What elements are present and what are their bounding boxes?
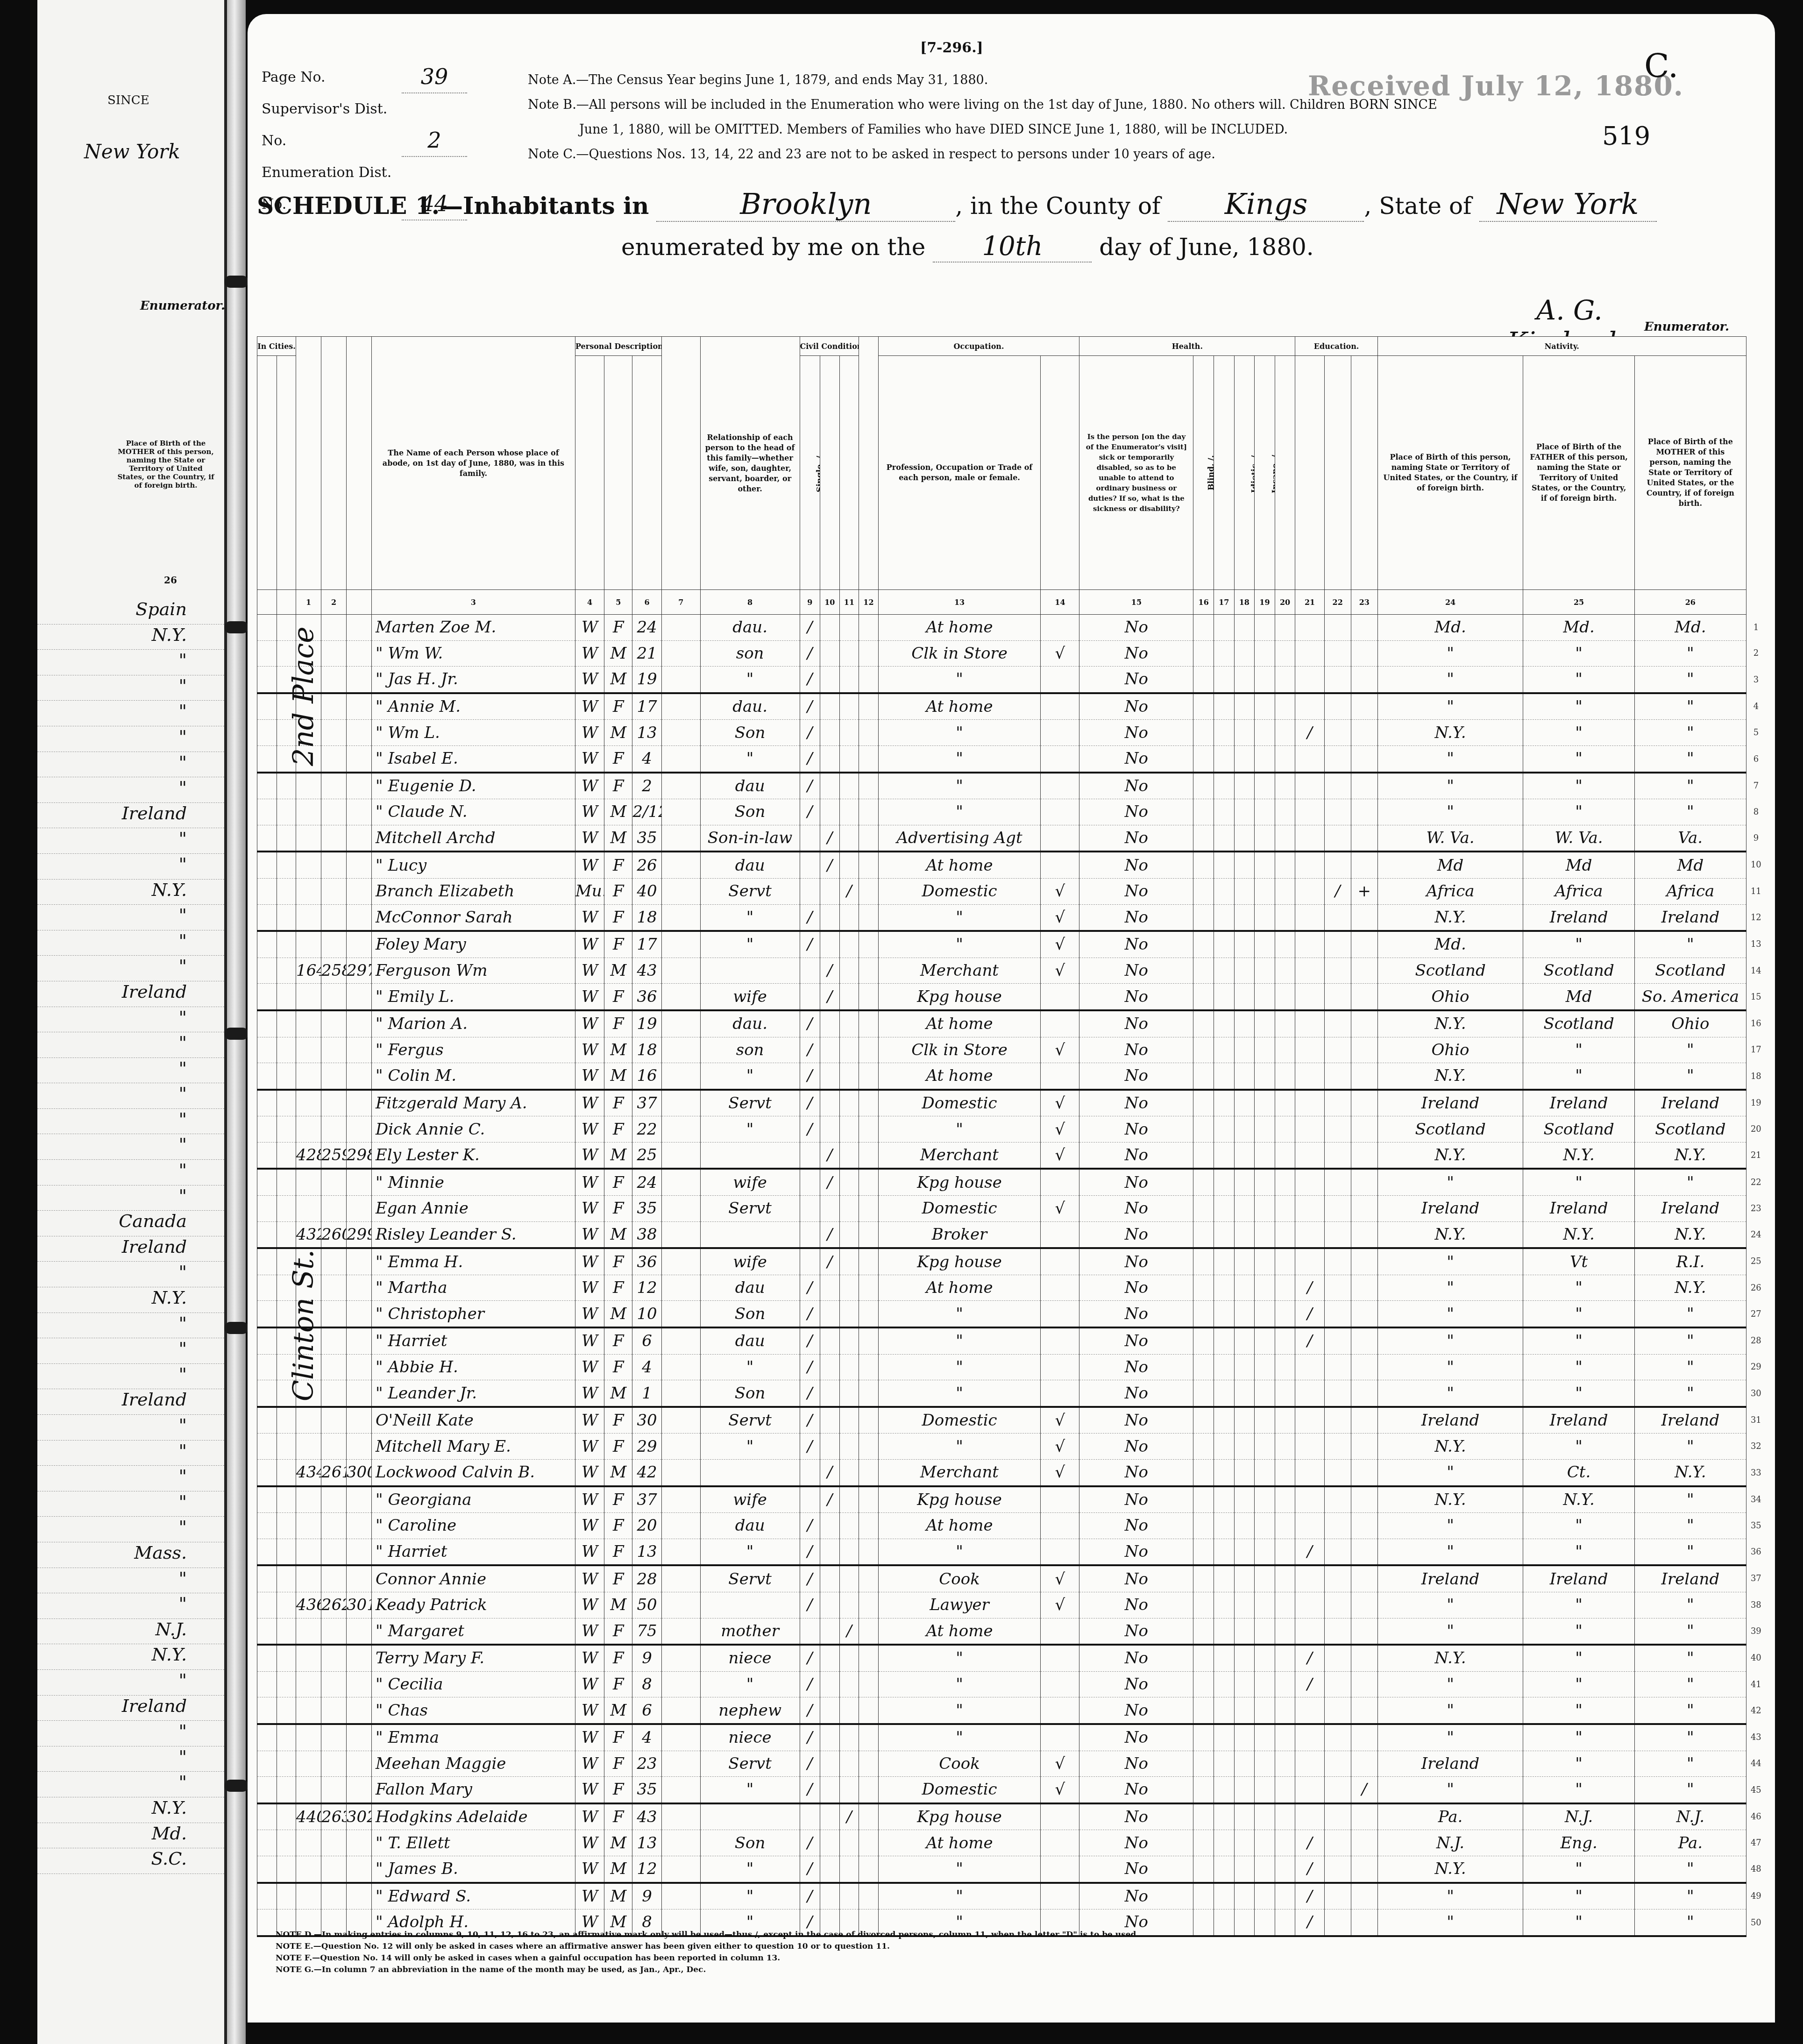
cell-m bbox=[1275, 745, 1295, 772]
cell-school bbox=[1295, 1434, 1324, 1460]
cell-married bbox=[820, 1063, 840, 1090]
cell-mdy bbox=[859, 1063, 879, 1090]
cell-b bbox=[1193, 1751, 1214, 1777]
cell-d bbox=[1214, 904, 1234, 931]
cell-school bbox=[1295, 904, 1324, 931]
cell-mdy bbox=[859, 1090, 879, 1116]
person-name: " James B. bbox=[371, 1856, 575, 1882]
person-name: " Claude N. bbox=[371, 799, 575, 825]
cell-i bbox=[1234, 1539, 1255, 1565]
cell-sex: M bbox=[604, 1883, 632, 1909]
cell-street bbox=[257, 1671, 277, 1697]
cell-father: " bbox=[1523, 640, 1635, 667]
cell-mother: " bbox=[1634, 1592, 1746, 1618]
cell-sick: No bbox=[1079, 1221, 1193, 1248]
cell-d bbox=[1214, 1037, 1234, 1063]
cell-school bbox=[1295, 745, 1324, 772]
cell-house bbox=[277, 1645, 296, 1671]
prev-mother-birthplace: " bbox=[37, 1313, 224, 1339]
cell-occ: " bbox=[878, 1434, 1041, 1460]
census-row: Egan AnnieWF35ServtDomestic√NoIrelandIre… bbox=[257, 1196, 1766, 1222]
person-name: O'Neill Kate bbox=[371, 1407, 575, 1434]
cell-dwelling bbox=[296, 1830, 321, 1856]
census-row: " CarolineWF20dau/At homeNo"""35 bbox=[257, 1513, 1766, 1539]
cell-b bbox=[1193, 1434, 1214, 1460]
cell-cannotread bbox=[1324, 1169, 1351, 1195]
cell-dwelling: 432 bbox=[296, 1221, 321, 1248]
cell-d bbox=[1214, 1090, 1234, 1116]
cell-mother: " bbox=[1634, 720, 1746, 746]
cell-street bbox=[257, 1010, 277, 1037]
cell-birth: " bbox=[1377, 799, 1523, 825]
cell-birth: W. Va. bbox=[1377, 825, 1523, 852]
cell-family bbox=[321, 1354, 347, 1380]
cell-cannotread bbox=[1324, 640, 1351, 667]
column-number: 9 bbox=[800, 590, 820, 615]
cell-unemp bbox=[1041, 615, 1079, 641]
cell-mdy bbox=[859, 1830, 879, 1856]
cell-famno bbox=[346, 852, 371, 878]
cell-house bbox=[277, 1724, 296, 1751]
cell-b bbox=[1193, 878, 1214, 904]
cell-birth: Md. bbox=[1377, 615, 1523, 641]
cell-dwelling bbox=[296, 1116, 321, 1143]
cell-birth: " bbox=[1377, 1327, 1523, 1354]
cell-b bbox=[1193, 720, 1214, 746]
prev-mother-birthplace: " bbox=[37, 1109, 224, 1135]
census-row: " CeciliaWF8"/"No/"""41 bbox=[257, 1671, 1766, 1697]
cell-color: W bbox=[575, 1248, 604, 1275]
cell-married bbox=[820, 773, 840, 799]
cell-sex: F bbox=[604, 1751, 632, 1777]
cell-month bbox=[661, 1883, 700, 1909]
cell-single bbox=[800, 878, 820, 904]
line-number: 45 bbox=[1746, 1777, 1766, 1803]
cell-street bbox=[257, 1354, 277, 1380]
cell-dwelling bbox=[296, 1010, 321, 1037]
cell-mother: " bbox=[1634, 1697, 1746, 1724]
cell-month bbox=[661, 720, 700, 746]
cell-b bbox=[1193, 1221, 1214, 1248]
cell-father: W. Va. bbox=[1523, 825, 1635, 852]
cell-rel: wife bbox=[700, 1169, 800, 1195]
cell-month bbox=[661, 1327, 700, 1354]
cell-sick: No bbox=[1079, 1063, 1193, 1090]
census-row: " HarrietWF13"/"No/"""36 bbox=[257, 1539, 1766, 1565]
census-row: " EmmaWF4niece/"No"""43 bbox=[257, 1724, 1766, 1751]
cell-mdy bbox=[859, 1751, 879, 1777]
cell-rel: " bbox=[700, 1777, 800, 1803]
cell-month bbox=[661, 1248, 700, 1275]
cell-married bbox=[820, 1513, 840, 1539]
cell-house bbox=[277, 904, 296, 931]
cell-m bbox=[1275, 1221, 1295, 1248]
column-number: 8 bbox=[700, 590, 800, 615]
person-name: " Margaret bbox=[371, 1618, 575, 1645]
cell-mother: " bbox=[1634, 1645, 1746, 1671]
line-number: 24 bbox=[1746, 1221, 1766, 1248]
cell-birth: N.Y. bbox=[1377, 720, 1523, 746]
cell-house bbox=[277, 1592, 296, 1618]
cell-month bbox=[661, 1221, 700, 1248]
cell-mother: " bbox=[1634, 1169, 1746, 1195]
cell-sex: M bbox=[604, 1856, 632, 1882]
cell-father: " bbox=[1523, 1724, 1635, 1751]
cell-birth: N.Y. bbox=[1377, 1645, 1523, 1671]
cell-mdy bbox=[859, 1327, 879, 1354]
cell-sick: No bbox=[1079, 1592, 1193, 1618]
cell-cannotwrite bbox=[1351, 904, 1377, 931]
cell-month bbox=[661, 799, 700, 825]
cell-sick: No bbox=[1079, 1169, 1193, 1195]
cell-school bbox=[1295, 1196, 1324, 1222]
cell-street bbox=[257, 1592, 277, 1618]
cell-house bbox=[277, 799, 296, 825]
census-row: 432260299Risley Leander S.WM38/BrokerNoN… bbox=[257, 1221, 1766, 1248]
cell-unemp: √ bbox=[1041, 640, 1079, 667]
column-number: 23 bbox=[1351, 590, 1377, 615]
group-education: Education. bbox=[1295, 337, 1377, 356]
cell-sex: F bbox=[604, 1090, 632, 1116]
cell-i bbox=[1234, 852, 1255, 878]
cell-age: 24 bbox=[632, 615, 661, 641]
cell-color: W bbox=[575, 1407, 604, 1434]
cell-d bbox=[1214, 984, 1234, 1010]
cell-street bbox=[257, 1196, 277, 1222]
page-no-label: Page No. bbox=[262, 62, 402, 93]
cell-in bbox=[1255, 1565, 1275, 1592]
cell-birth: " bbox=[1377, 1724, 1523, 1751]
cell-single: / bbox=[800, 720, 820, 746]
cell-widowed bbox=[839, 1751, 859, 1777]
cell-sex: F bbox=[604, 984, 632, 1010]
cell-d bbox=[1214, 1697, 1234, 1724]
cell-single: / bbox=[800, 1539, 820, 1565]
cell-sick: No bbox=[1079, 745, 1193, 772]
cell-occ: At home bbox=[878, 1618, 1041, 1645]
cell-father: " bbox=[1523, 1301, 1635, 1327]
cell-d bbox=[1214, 640, 1234, 667]
census-row: O'Neill KateWF30Servt/Domestic√NoIreland… bbox=[257, 1407, 1766, 1434]
cell-d bbox=[1214, 1671, 1234, 1697]
cell-street bbox=[257, 984, 277, 1010]
cell-rel: niece bbox=[700, 1724, 800, 1751]
cell-sick: No bbox=[1079, 1275, 1193, 1301]
cell-house bbox=[277, 984, 296, 1010]
cell-school bbox=[1295, 1354, 1324, 1380]
cell-mother: " bbox=[1634, 1883, 1746, 1909]
cell-street bbox=[257, 904, 277, 931]
cell-b bbox=[1193, 1301, 1214, 1327]
binding-ring bbox=[224, 276, 248, 288]
cell-mother: Ireland bbox=[1634, 1407, 1746, 1434]
prev-mother-birthplace: N.Y. bbox=[37, 1287, 224, 1313]
cell-month bbox=[661, 1697, 700, 1724]
cell-birth: " bbox=[1377, 1248, 1523, 1275]
cell-color: W bbox=[575, 693, 604, 720]
cell-m bbox=[1275, 799, 1295, 825]
cell-rel: wife bbox=[700, 984, 800, 1010]
cell-dwelling bbox=[296, 1856, 321, 1882]
cell-occ: At home bbox=[878, 1513, 1041, 1539]
cell-widowed bbox=[839, 640, 859, 667]
cell-cannotread bbox=[1324, 1486, 1351, 1513]
cell-married bbox=[820, 745, 840, 772]
cell-month bbox=[661, 1565, 700, 1592]
cell-mdy bbox=[859, 1196, 879, 1222]
person-name: " Chas bbox=[371, 1697, 575, 1724]
cell-married bbox=[820, 1407, 840, 1434]
cell-age: 4 bbox=[632, 1724, 661, 1751]
cell-b bbox=[1193, 1380, 1214, 1407]
cell-occ: " bbox=[878, 1301, 1041, 1327]
cell-family bbox=[321, 984, 347, 1010]
cell-cannotread bbox=[1324, 1856, 1351, 1882]
cell-in bbox=[1255, 773, 1275, 799]
cell-sick: No bbox=[1079, 1697, 1193, 1724]
cell-rel: Son bbox=[700, 1830, 800, 1856]
cell-widowed bbox=[839, 1196, 859, 1222]
cell-sick: No bbox=[1079, 1830, 1193, 1856]
cell-b bbox=[1193, 1090, 1214, 1116]
cell-famno bbox=[346, 1777, 371, 1803]
cell-street bbox=[257, 852, 277, 878]
cell-m bbox=[1275, 1116, 1295, 1143]
cell-cannotread bbox=[1324, 1275, 1351, 1301]
cell-month bbox=[661, 931, 700, 958]
cell-mdy bbox=[859, 825, 879, 852]
prev-mother-birthplace: N.Y. bbox=[37, 625, 224, 650]
cell-cannotwrite bbox=[1351, 1539, 1377, 1565]
cell-married: / bbox=[820, 852, 840, 878]
cell-in bbox=[1255, 1671, 1275, 1697]
cell-color: W bbox=[575, 852, 604, 878]
cell-unemp bbox=[1041, 720, 1079, 746]
prev-mother-birthplace: " bbox=[37, 1083, 224, 1109]
cell-m bbox=[1275, 1856, 1295, 1882]
margin-street-clinton: Clinton St. bbox=[287, 1249, 320, 1401]
cell-d bbox=[1214, 1856, 1234, 1882]
cell-cannotwrite bbox=[1351, 1327, 1377, 1354]
cell-in bbox=[1255, 1830, 1275, 1856]
cell-famno bbox=[346, 1486, 371, 1513]
cell-famno bbox=[346, 615, 371, 641]
cell-birth: N.J. bbox=[1377, 1830, 1523, 1856]
cell-school bbox=[1295, 984, 1324, 1010]
cell-dwelling bbox=[296, 1407, 321, 1434]
line-number: 29 bbox=[1746, 1354, 1766, 1380]
cell-age: 23 bbox=[632, 1751, 661, 1777]
cell-single bbox=[800, 1248, 820, 1275]
cell-famno bbox=[346, 1248, 371, 1275]
cell-occ: " bbox=[878, 773, 1041, 799]
cell-school bbox=[1295, 1751, 1324, 1777]
cell-month bbox=[661, 1592, 700, 1618]
cell-color: W bbox=[575, 1830, 604, 1856]
cell-in bbox=[1255, 1354, 1275, 1380]
cell-d bbox=[1214, 1539, 1234, 1565]
cell-age: 19 bbox=[632, 1010, 661, 1037]
cell-sick: No bbox=[1079, 825, 1193, 852]
cell-sex: M bbox=[604, 720, 632, 746]
census-row: Mitchell ArchdWM35Son-in-law/Advertising… bbox=[257, 825, 1766, 852]
cell-b bbox=[1193, 852, 1214, 878]
cell-m bbox=[1275, 1275, 1295, 1301]
cell-unemp: √ bbox=[1041, 1116, 1079, 1143]
cell-street bbox=[257, 1565, 277, 1592]
cell-widowed bbox=[839, 1354, 859, 1380]
column-number: 22 bbox=[1324, 590, 1351, 615]
cell-age: 12 bbox=[632, 1275, 661, 1301]
cell-school bbox=[1295, 1513, 1324, 1539]
cell-occ: At home bbox=[878, 693, 1041, 720]
cell-unemp bbox=[1041, 1380, 1079, 1407]
cell-d bbox=[1214, 1380, 1234, 1407]
cell-school bbox=[1295, 958, 1324, 984]
cell-house bbox=[277, 1751, 296, 1777]
cell-cannotread bbox=[1324, 1618, 1351, 1645]
cell-month bbox=[661, 640, 700, 667]
cell-widowed: / bbox=[839, 878, 859, 904]
cell-color: W bbox=[575, 1301, 604, 1327]
cell-family bbox=[321, 1090, 347, 1116]
cell-father: Ireland bbox=[1523, 1196, 1635, 1222]
cell-dwelling bbox=[296, 1539, 321, 1565]
cell-birth: Ireland bbox=[1377, 1565, 1523, 1592]
cell-month bbox=[661, 1434, 700, 1460]
cell-unemp bbox=[1041, 1327, 1079, 1354]
cell-family: 260 bbox=[321, 1221, 347, 1248]
cell-d bbox=[1214, 1196, 1234, 1222]
cell-mdy bbox=[859, 984, 879, 1010]
census-row: " Colin M.WM16"/At homeNoN.Y.""18 bbox=[257, 1063, 1766, 1090]
cell-school: / bbox=[1295, 1645, 1324, 1671]
column-number: 5 bbox=[604, 590, 632, 615]
cell-cannotread bbox=[1324, 1565, 1351, 1592]
cell-mdy bbox=[859, 1883, 879, 1909]
cell-d bbox=[1214, 1327, 1234, 1354]
cell-sex: F bbox=[604, 1724, 632, 1751]
cell-school bbox=[1295, 640, 1324, 667]
cell-color: W bbox=[575, 1090, 604, 1116]
enumerated-label: enumerated by me on the bbox=[621, 234, 925, 261]
cell-occ: " bbox=[878, 799, 1041, 825]
cell-color: W bbox=[575, 1751, 604, 1777]
cell-street bbox=[257, 825, 277, 852]
cell-street bbox=[257, 1751, 277, 1777]
cell-school bbox=[1295, 1460, 1324, 1486]
census-row: Dick Annie C.WF22"/"√NoScotlandScotlandS… bbox=[257, 1116, 1766, 1143]
cell-cannotwrite bbox=[1351, 1063, 1377, 1090]
column-number: 17 bbox=[1214, 590, 1234, 615]
cell-sex: M bbox=[604, 640, 632, 667]
cell-married: / bbox=[820, 1248, 840, 1275]
cell-widowed bbox=[839, 1777, 859, 1803]
cell-color: W bbox=[575, 799, 604, 825]
cell-widowed bbox=[839, 1010, 859, 1037]
cell-mother: " bbox=[1634, 1539, 1746, 1565]
cell-in bbox=[1255, 1380, 1275, 1407]
cell-in bbox=[1255, 1434, 1275, 1460]
cell-sick: No bbox=[1079, 1803, 1193, 1830]
col-6-header: Age at last birthday prior to June 1, 18… bbox=[632, 356, 661, 590]
cell-i bbox=[1234, 1090, 1255, 1116]
cell-in bbox=[1255, 1777, 1275, 1803]
form-code: [7-296.] bbox=[920, 40, 983, 56]
line-number: 9 bbox=[1746, 825, 1766, 852]
cell-month bbox=[661, 1037, 700, 1063]
cell-cannotread bbox=[1324, 1645, 1351, 1671]
cell-school: / bbox=[1295, 1830, 1324, 1856]
cell-school bbox=[1295, 1169, 1324, 1195]
census-row: " FergusWM18son/Clk in Store√NoOhio""17 bbox=[257, 1037, 1766, 1063]
cell-rel: wife bbox=[700, 1486, 800, 1513]
cell-month bbox=[661, 1460, 700, 1486]
cell-age: 16 bbox=[632, 1063, 661, 1090]
cell-in bbox=[1255, 640, 1275, 667]
cell-widowed bbox=[839, 1830, 859, 1856]
cell-month bbox=[661, 825, 700, 852]
cell-street bbox=[257, 1221, 277, 1248]
prev-mother-birthplace: Ireland bbox=[37, 1696, 224, 1721]
cell-married: / bbox=[820, 1460, 840, 1486]
cell-cannotread bbox=[1324, 1751, 1351, 1777]
cell-famno bbox=[346, 1751, 371, 1777]
line-number: 37 bbox=[1746, 1565, 1766, 1592]
cell-birth: " bbox=[1377, 1671, 1523, 1697]
cell-cannotwrite bbox=[1351, 693, 1377, 720]
person-name: " Lucy bbox=[371, 852, 575, 878]
cell-sex: F bbox=[604, 1671, 632, 1697]
cell-sick: No bbox=[1079, 931, 1193, 958]
cell-m bbox=[1275, 667, 1295, 693]
cell-cannotwrite bbox=[1351, 1645, 1377, 1671]
cell-house bbox=[277, 931, 296, 958]
cell-mdy bbox=[859, 773, 879, 799]
cell-dwelling: 434 bbox=[296, 1460, 321, 1486]
cell-father: " bbox=[1523, 1275, 1635, 1301]
cell-street bbox=[257, 1777, 277, 1803]
cell-rel: dau. bbox=[700, 1010, 800, 1037]
cell-i bbox=[1234, 799, 1255, 825]
cell-sex: F bbox=[604, 1354, 632, 1380]
person-name: " Georgiana bbox=[371, 1486, 575, 1513]
cell-single: / bbox=[800, 1407, 820, 1434]
cell-widowed bbox=[839, 1037, 859, 1063]
census-row: " LucyWF26dau/At homeNoMdMdMd10 bbox=[257, 852, 1766, 878]
note-a: Note A.—The Census Year begins June 1, 1… bbox=[528, 68, 1555, 92]
cell-sick: No bbox=[1079, 667, 1193, 693]
cell-age: 13 bbox=[632, 1539, 661, 1565]
cell-rel: niece bbox=[700, 1645, 800, 1671]
cell-father: Scotland bbox=[1523, 1116, 1635, 1143]
cell-b bbox=[1193, 1830, 1214, 1856]
cell-d bbox=[1214, 667, 1234, 693]
cell-m bbox=[1275, 1407, 1295, 1434]
cell-mdy bbox=[859, 1037, 879, 1063]
prev-mother-birthplace: " bbox=[37, 956, 224, 981]
cell-sick: No bbox=[1079, 1248, 1193, 1275]
cell-sex: F bbox=[604, 1565, 632, 1592]
cell-sick: No bbox=[1079, 1196, 1193, 1222]
cell-month bbox=[661, 1275, 700, 1301]
cell-occ: Domestic bbox=[878, 1407, 1041, 1434]
prev-birthplace-list: SpainN.Y.""""""Ireland""N.Y."""Ireland""… bbox=[37, 599, 224, 1874]
cell-in bbox=[1255, 1539, 1275, 1565]
census-row: Connor AnnieWF28Servt/Cook√NoIrelandIrel… bbox=[257, 1565, 1766, 1592]
cell-occ: Kpg house bbox=[878, 1803, 1041, 1830]
cell-school bbox=[1295, 878, 1324, 904]
